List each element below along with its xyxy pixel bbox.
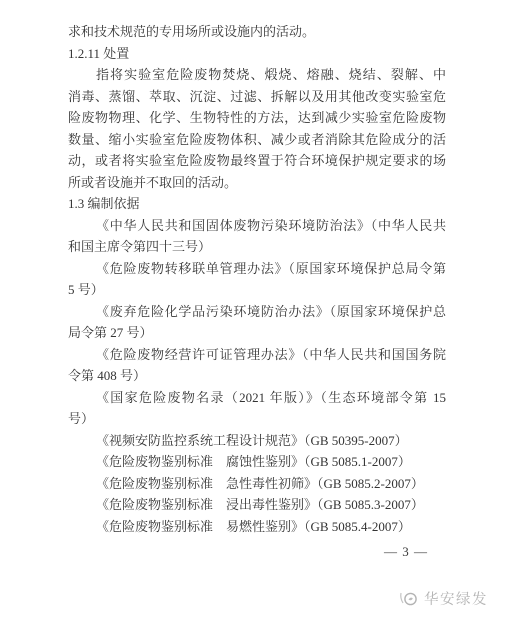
reference-line: 令第 408 号） xyxy=(68,365,446,387)
watermark-text: 华安绿发 xyxy=(424,588,488,609)
section-heading: 1.3 编制依据 xyxy=(68,193,446,215)
reference-line: 5 号） xyxy=(68,279,446,301)
reference-line: 和国主席令第四十三号） xyxy=(68,236,446,258)
reference-line: 局令第 27 号） xyxy=(68,322,446,344)
paragraph-line: 险废物物理、化学、生物特性的方法，达到减少实验室危险废物 xyxy=(68,107,446,129)
paragraph-line: 动，或者将实验室危险废物最终置于符合环境保护规定要求的场 xyxy=(68,150,446,172)
document-page: 求和技术规范的专用场所或设施内的活动。1.2.11 处置指将实验室危险废物焚烧、… xyxy=(0,0,507,619)
brand-logo-icon xyxy=(399,590,419,607)
watermark: 华安绿发 xyxy=(399,588,488,609)
paragraph-line: 求和技术规范的专用场所或设施内的活动。 xyxy=(68,21,446,43)
section-heading: 1.2.11 处置 xyxy=(68,43,446,65)
paragraph-line: 所或者设施并不取回的活动。 xyxy=(68,172,446,194)
reference-line: 《危险废物鉴别标准 浸出毒性鉴别》（GB 5085.3-2007） xyxy=(68,494,446,516)
reference-line: 《危险废物鉴别标准 急性毒性初筛》（GB 5085.2-2007） xyxy=(68,473,446,495)
reference-line: 《中华人民共和国固体废物污染环境防治法》（中华人民共 xyxy=(68,215,446,237)
paragraph-line: 数量、缩小实验室危险废物体积、减少或者消除其危险成分的活 xyxy=(68,129,446,151)
paragraph-line: 指将实验室危险废物焚烧、煅烧、熔融、烧结、裂解、中和、 xyxy=(68,64,446,86)
paragraph-line: 消毒、蒸馏、萃取、沉淀、过滤、拆解以及用其他改变实验室危 xyxy=(68,86,446,108)
reference-line: 《危险废物转移联单管理办法》（原国家环境保护总局令第 xyxy=(68,258,446,280)
reference-line: 《废弃危险化学品污染环境防治办法》（原国家环境保护总 xyxy=(68,301,446,323)
reference-line: 《危险废物经营许可证管理办法》（中华人民共和国国务院 xyxy=(68,344,446,366)
page-number: — 3 — xyxy=(68,544,428,560)
document-body: 求和技术规范的专用场所或设施内的活动。1.2.11 处置指将实验室危险废物焚烧、… xyxy=(68,21,446,537)
reference-line: 《危险废物鉴别标准 易燃性鉴别》（GB 5085.4-2007） xyxy=(68,516,446,538)
reference-line: 《视频安防监控系统工程设计规范》（GB 50395-2007） xyxy=(68,430,446,452)
reference-line: 《国家危险废物名录（2021 年版）》（生态环境部令第 15 xyxy=(68,387,446,409)
reference-line: 号） xyxy=(68,408,446,430)
reference-line: 《危险废物鉴别标准 腐蚀性鉴别》（GB 5085.1-2007） xyxy=(68,451,446,473)
